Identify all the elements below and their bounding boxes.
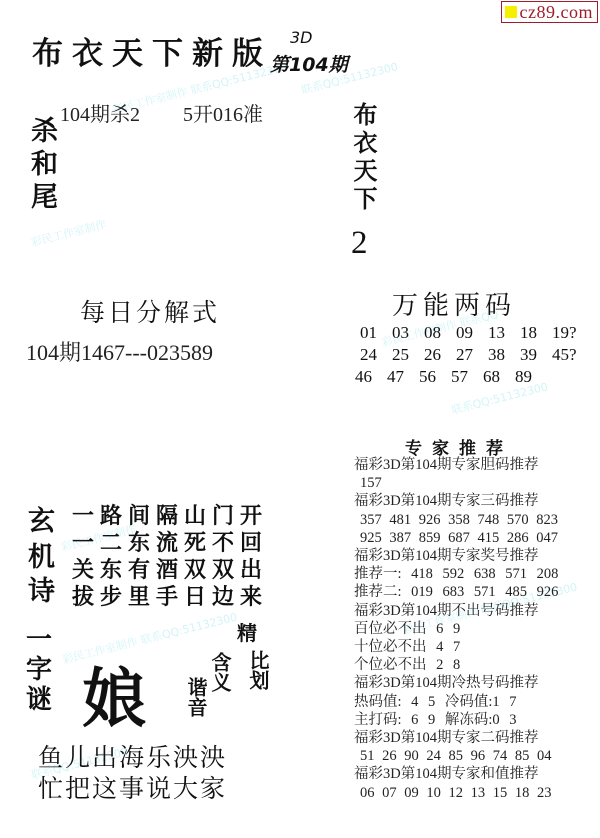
number-cell: 38 — [488, 344, 520, 366]
expert-line: 推荐二: 019 683 571 485 926 — [354, 583, 599, 601]
number-cell: 24 — [360, 344, 392, 366]
expert-list: 福彩3D第104期专家胆码推荐 157 福彩3D第104期专家三码推荐 357 … — [354, 456, 599, 802]
square-icon — [505, 6, 517, 18]
site-badge-label: cz89.com — [520, 2, 593, 22]
riddle-hint: 比划 — [246, 650, 270, 690]
expert-line: 357 481 926 358 748 570 823 — [354, 511, 599, 529]
watermark: 彩民工作室制作 — [29, 216, 108, 250]
expert-line: 福彩3D第104期专家二码推荐 — [354, 729, 599, 747]
poem-label-char: 玄 — [28, 507, 55, 537]
poem-label: 玄 机 诗 — [28, 505, 55, 607]
expert-line: 百位必不出 6 9 — [354, 620, 599, 638]
number-cell: 13 — [488, 322, 520, 344]
wanneng-row: 46 47 56 57 68 89 — [355, 366, 595, 388]
number-cell: 01 — [360, 322, 392, 344]
expert-line: 福彩3D第104期专家奖号推荐 — [354, 547, 599, 565]
number-cell: 47 — [387, 366, 419, 388]
wanneng-row: 01 03 08 09 13 18 19? — [360, 322, 595, 344]
expert-line: 热码值: 4 5 冷码值:1 7 — [354, 693, 599, 711]
riddle-label: 一 字 谜 — [26, 625, 52, 715]
verse: 鱼儿出海乐泱泱 忙把这事说大家 — [38, 742, 227, 804]
number-cell: 03 — [392, 322, 424, 344]
number-cell: 46 — [355, 366, 387, 388]
wanneng-row: 24 25 26 27 38 39 45? — [360, 344, 595, 366]
expert-line: 个位必不出 2 8 — [354, 656, 599, 674]
riddle-hint: 谐音 — [184, 677, 208, 717]
site-badge[interactable]: cz89.com — [501, 1, 598, 23]
number-cell: 27 — [456, 344, 488, 366]
expert-line: 51 26 90 24 85 96 74 85 04 — [354, 747, 599, 765]
poem-label-char: 机 — [28, 543, 55, 573]
expert-line: 十位必不出 4 7 — [354, 638, 599, 656]
page-title: 布衣天下新版 — [32, 28, 272, 73]
poem-line: 一二东流死不回 — [72, 530, 268, 557]
poem-line: 关东有酒双双出 — [72, 557, 268, 584]
expert-line: 福彩3D第104期专家三码推荐 — [354, 492, 599, 510]
number-cell: 68 — [483, 366, 515, 388]
wanneng-numbers: 01 03 08 09 13 18 19? 24 25 26 27 38 39 … — [360, 322, 595, 388]
number-cell: 45? — [552, 344, 584, 366]
expert-line: 主打码: 6 9 解冻码:0 3 — [354, 711, 599, 729]
expert-line: 福彩3D第104期专家和值推荐 — [354, 765, 599, 783]
number-cell: 18 — [520, 322, 552, 344]
number-cell: 09 — [456, 322, 488, 344]
poem-label-char: 诗 — [28, 577, 55, 607]
wanneng-title: 万能两码 — [392, 285, 516, 322]
riddle-label-char: 字 — [26, 655, 52, 685]
poem-line: 一路间隔山门开 — [72, 503, 268, 530]
kill-tail-label: 杀和尾 — [22, 116, 61, 215]
riddle-hint: 含义 — [208, 652, 232, 692]
buyi-number: 2 — [351, 225, 368, 262]
verse-line: 鱼儿出海乐泱泱 — [38, 742, 227, 773]
riddle-label-char: 一 — [26, 625, 52, 655]
issue-label: 第104期 — [270, 50, 348, 77]
game-label: 3D — [290, 28, 313, 47]
poem-line: 拔步里手日边来 — [72, 584, 268, 611]
number-cell: 57 — [451, 366, 483, 388]
expert-line: 福彩3D第104期不出号码推荐 — [354, 602, 599, 620]
expert-line: 福彩3D第104期冷热号码推荐 — [354, 674, 599, 692]
riddle-hint: 精 — [237, 617, 257, 646]
buyi-label: 布衣天下 — [346, 102, 381, 214]
number-cell: 19? — [552, 322, 584, 344]
expert-line: 福彩3D第104期专家胆码推荐 — [354, 456, 599, 474]
kill-tail-info: 104期杀2 5开016准 — [60, 98, 301, 127]
expert-line: 06 07 09 10 12 13 15 18 23 — [354, 784, 599, 802]
number-cell: 26 — [424, 344, 456, 366]
number-cell: 08 — [424, 322, 456, 344]
number-cell: 56 — [419, 366, 451, 388]
expert-line: 925 387 859 687 415 286 047 — [354, 529, 599, 547]
verse-line: 忙把这事说大家 — [38, 773, 227, 804]
expert-line: 157 — [354, 474, 599, 492]
number-cell: 89 — [515, 366, 547, 388]
daily-value: 104期1467---023589 — [26, 336, 213, 367]
riddle-character: 娘 — [82, 648, 146, 740]
number-cell: 25 — [392, 344, 424, 366]
riddle-label-char: 谜 — [26, 685, 52, 715]
kill-tail-line: 5开016准 — [183, 104, 263, 126]
number-cell: 39 — [520, 344, 552, 366]
daily-title: 每日分解式 — [80, 293, 220, 329]
expert-line: 推荐一: 418 592 638 571 208 — [354, 565, 599, 583]
poem-text: 一路间隔山门开 一二东流死不回 关东有酒双双出 拔步里手日边来 — [72, 503, 268, 611]
kill-tail-line: 104期杀2 — [60, 104, 140, 126]
